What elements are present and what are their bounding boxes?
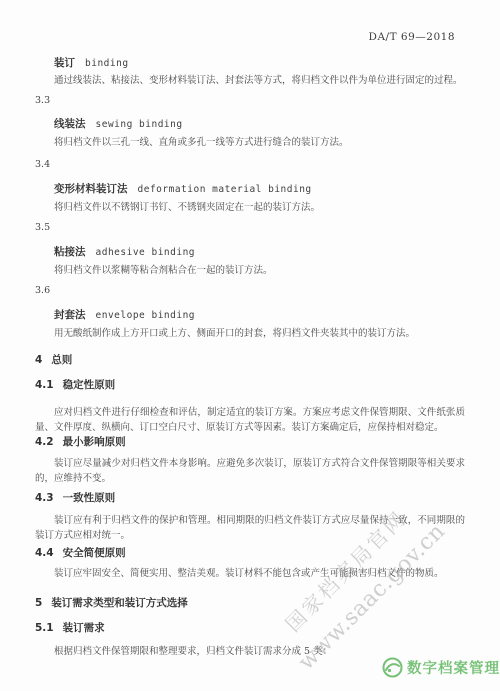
term-heading: 粘接法adhesive binding <box>35 242 465 260</box>
section-number: 5 <box>35 597 42 609</box>
term-definition: 将归档文件以三孔一线、直角或多孔一线等方式进行缝合的装订方法。 <box>35 135 465 150</box>
section-heading-4-2: 4.2最小影响原则 <box>35 435 465 450</box>
section-heading-4-4: 4.4安全简便原则 <box>35 546 465 561</box>
standard-code: DA/T 69—2018 <box>35 30 465 45</box>
section-title: 一致性原则 <box>63 492 116 504</box>
section-heading-4: 4总则 <box>35 353 465 368</box>
section-number: 4.3 <box>35 492 54 504</box>
section-title: 安全简便原则 <box>63 547 126 559</box>
section-body: 装订应牢固安全、简便实用、整洁美观。装订材料不能包含或产生可能损害归档文件的物质… <box>35 566 465 581</box>
term-zh: 粘接法 <box>54 246 86 258</box>
clause-number: 3.4 <box>35 157 465 172</box>
term-heading: 装订binding <box>35 53 465 71</box>
section-title: 装订需求 <box>63 622 105 634</box>
section-body: 应对归档文件进行仔细检查和评估，制定适宜的装订方案。方案应考虑文件保管期限、文件… <box>35 405 465 435</box>
term-en: deformation material binding <box>138 184 312 195</box>
term-en: envelope binding <box>96 310 196 321</box>
term-zh: 变形材料装订法 <box>54 183 128 195</box>
section-title: 总则 <box>51 354 72 366</box>
page-content: DA/T 69—2018 装订binding 通过线装法、粘接法、变形材料装订法… <box>0 0 500 659</box>
term-heading: 变形材料装订法deformation material binding <box>35 179 465 197</box>
section-title: 最小影响原则 <box>63 436 126 448</box>
term-heading: 封套法envelope binding <box>35 305 465 323</box>
term-definition: 将归档文件以不锈钢订书钉、不锈钢夹固定在一起的装订方法。 <box>35 200 465 215</box>
term-en: sewing binding <box>96 119 183 130</box>
term-definition: 将归档文件以浆糊等粘合剂粘合在一起的装订方法。 <box>35 263 465 278</box>
digital-archives-logo: 数字档案管理 <box>382 657 500 678</box>
green-circle-swoosh-icon <box>382 657 403 678</box>
section-title: 稳定性原则 <box>63 379 116 391</box>
section-heading-5-1: 5.1装订需求 <box>35 621 465 636</box>
section-body: 装订应有利于归档文件的保护和管理。相同期限的归档文件装订方式应尽量保持一致，不同… <box>35 513 465 543</box>
clause-number: 3.3 <box>35 93 465 108</box>
section-number: 4.4 <box>35 547 54 559</box>
document-page: DA/T 69—2018 装订binding 通过线装法、粘接法、变形材料装订法… <box>0 0 500 691</box>
section-title: 装订需求类型和装订方式选择 <box>51 597 188 609</box>
term-en: adhesive binding <box>96 247 196 258</box>
term-definition: 用无酸纸制作成上方开口或上方、侧面开口的封套，将归档文件夹装其中的装订方法。 <box>35 326 465 341</box>
term-en: binding <box>85 58 129 69</box>
term-zh: 线装法 <box>54 118 86 130</box>
clause-number: 3.5 <box>35 220 465 235</box>
term-zh: 封套法 <box>54 309 86 321</box>
section-number: 5.1 <box>35 622 54 634</box>
clause-number: 3.6 <box>35 283 465 298</box>
term-zh: 装订 <box>54 57 75 69</box>
term-definition: 通过线装法、粘接法、变形材料装订法、封套法等方式，将归档文件以件为单位进行固定的… <box>35 73 465 88</box>
logo-text: 数字档案管理 <box>407 657 500 678</box>
section-number: 4.2 <box>35 436 54 448</box>
section-number: 4.1 <box>35 379 54 391</box>
section-number: 4 <box>35 354 42 366</box>
section-heading-5: 5装订需求类型和装订方式选择 <box>35 596 465 611</box>
term-heading: 线装法sewing binding <box>35 114 465 132</box>
section-body: 装订应尽量减少对归档文件本身影响。应避免多次装订，原装订方式符合文件保管期限等相… <box>35 456 465 486</box>
section-heading-4-3: 4.3一致性原则 <box>35 491 465 506</box>
section-heading-4-1: 4.1稳定性原则 <box>35 378 465 393</box>
